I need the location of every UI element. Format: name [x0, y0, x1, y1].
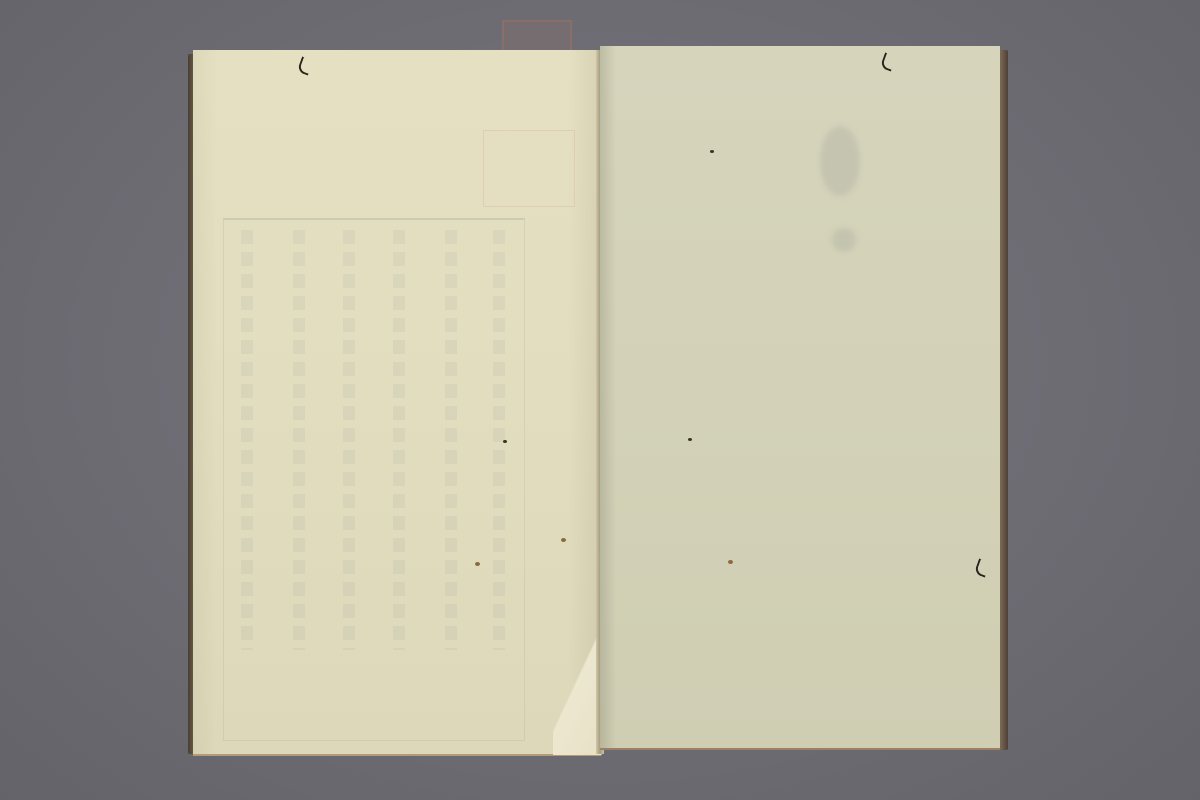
bleed-through-mark	[832, 228, 856, 252]
binding-thread	[974, 558, 991, 577]
binding-thread	[297, 56, 314, 75]
bleed-through-column	[393, 230, 405, 650]
open-book: 門 甲 類 82 冊 大	[188, 44, 1008, 756]
bleed-through-text-frame	[223, 218, 525, 741]
bleed-through-column	[445, 230, 457, 650]
book-cover-right-edge	[1000, 50, 1008, 750]
ink-speck	[503, 440, 507, 443]
torn-page-corner	[553, 610, 602, 755]
stain-spot	[728, 560, 733, 564]
right-page: 門 甲 類 82 冊 大	[600, 46, 1000, 750]
bleed-through-column	[343, 230, 355, 650]
bleed-through-column	[293, 230, 305, 650]
stain-spot	[475, 562, 480, 566]
stain-spot	[561, 538, 566, 542]
ink-speck	[710, 150, 714, 153]
binding-thread	[880, 52, 897, 71]
bleed-through-seal	[483, 130, 575, 207]
left-page	[193, 50, 601, 756]
ink-speck	[688, 438, 692, 441]
bleed-through-column	[241, 230, 253, 650]
bleed-through-mark	[820, 126, 860, 196]
